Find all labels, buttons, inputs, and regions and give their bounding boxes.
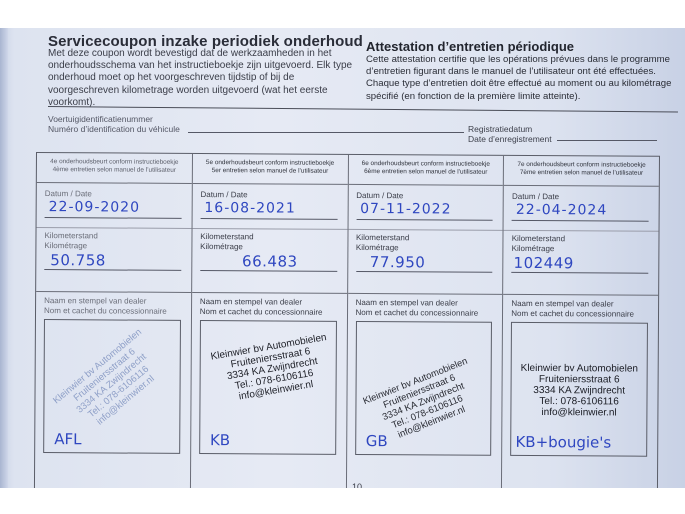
mileage-field-line [512,272,649,274]
service-heading: 6e onderhoudsbeurt conform instructieboe… [348,155,503,186]
vehicle-id-label: Voertuigidentificatienummer Numéro d’ide… [48,114,180,134]
stamp-company: Kleinwier bv Automobielen [521,363,638,375]
service-date: 16-08-2021 [204,200,295,217]
date-field-line [45,217,182,219]
divider [504,230,659,232]
service-heading-fr: 5er entretien selon manuel de l’utilisat… [193,167,348,176]
dealer-label-fr: Nom et cachet du concessionnaire [511,309,634,320]
divider [348,229,503,231]
date-label: Datum / Date [356,191,403,201]
dealer-signature: KB [210,431,230,449]
service-column-6: 6e onderhoudsbeurt conform instructieboe… [346,155,504,488]
dealer-label-fr: Nom et cachet du concessionnaire [200,307,323,318]
divider [36,291,191,293]
date-field-line [200,218,337,220]
registration-date-field[interactable] [557,140,657,141]
registration-date-label-fr: Date d’enregistrement [468,134,552,144]
mileage-field-line [200,270,337,272]
intro-french: Cette attestation certifie que les opéra… [366,54,676,103]
date-field-line [356,219,493,221]
divider [37,227,192,229]
mileage-field-line [356,271,493,273]
dealer-label: Naam en stempel van dealer Nom et cachet… [44,296,167,317]
service-record-grid: 4e onderhoudsbeurt conform instructieboe… [34,152,660,488]
dealer-stamp-box: Kleinwier bv Automobielen Fruiteniersstr… [510,322,648,457]
dealer-label: Naam en stempel van dealer Nom et cachet… [200,297,323,318]
divider [192,228,347,230]
dealer-stamp: Kleinwier bv Automobielen Fruiteniersstr… [210,332,335,406]
mileage-label-fr: Kilométrage [44,241,97,251]
dealer-signature: KB+bougie's [515,433,611,452]
service-heading: 4e onderhoudsbeurt conform instructieboe… [37,153,192,184]
registration-date-label: Registratiedatum Date d’enregistrement [468,124,552,144]
service-mileage: 77.950 [370,253,426,271]
service-heading-fr: 6ème entretien selon manuel de l’utilisa… [348,168,503,177]
mileage-label-fr: Kilométrage [200,242,253,252]
service-date: 22-09-2020 [49,199,140,216]
service-heading-fr: 4ème entretien selon manuel de l’utilisa… [37,166,192,175]
mileage-label: Kilometerstand Kilométrage [512,234,565,254]
mileage-label-fr: Kilométrage [356,243,409,253]
service-mileage: 66.483 [242,252,298,270]
service-mileage: 102449 [514,254,574,272]
mileage-label-nl: Kilometerstand [200,232,253,242]
divider [503,294,658,296]
mileage-label-nl: Kilometerstand [44,231,97,241]
dealer-signature: AFL [54,430,81,448]
service-heading-fr: 7ème entretien selon manuel de l’utilisa… [504,169,659,178]
divider [192,292,347,294]
stamp-city: 3334 KA Zwijndrecht [520,385,637,397]
stamp-email: info@kleinwier.nl [520,407,637,419]
service-column-5: 5e onderhoudsbeurt conform instructieboe… [191,154,349,488]
dealer-stamp: Kleinwier bv Automobielen Fruiteniersstr… [520,363,638,419]
dealer-stamp: Kleinwier bv Automobielen Fruiteniersstr… [52,327,173,440]
service-heading: 7e onderhoudsbeurt conform instructieboe… [504,156,659,187]
dealer-label: Naam en stempel van dealer Nom et cachet… [355,298,478,319]
service-booklet-page: Servicecoupon inzake periodiek onderhoud… [0,28,685,488]
service-column-4: 4e onderhoudsbeurt conform instructieboe… [35,153,193,488]
dealer-stamp-box: Kleinwier bv Automobielen Fruiteniersstr… [199,320,337,455]
page-number: 10 [352,482,362,488]
service-date: 07-11-2022 [360,201,451,218]
vehicle-id-label-nl: Voertuigidentificatienummer [48,114,180,124]
mileage-field-line [44,269,181,271]
title-french: Attestation d’entretien périodique [366,39,574,54]
mileage-label-nl: Kilometerstand [512,234,565,244]
divider [48,106,678,112]
mileage-label: Kilometerstand Kilométrage [44,231,97,251]
divider [348,293,503,295]
mileage-label-fr: Kilométrage [512,244,565,254]
stamp-phone: Tel.: 078-6106116 [520,396,637,408]
service-date: 22-04-2024 [516,202,607,219]
date-label: Datum / Date [200,190,247,200]
mileage-label: Kilometerstand Kilométrage [200,232,253,252]
stamp-street: Fruiteniersstraat 6 [521,374,638,386]
service-heading: 5e onderhoudsbeurt conform instructieboe… [193,154,348,185]
dealer-label-fr: Nom et cachet du concessionnaire [44,306,167,317]
dealer-stamp-box: Kleinwier bv Automobielen Fruiteniersstr… [355,321,493,456]
dealer-label: Naam en stempel van dealer Nom et cachet… [511,299,634,320]
vehicle-id-field[interactable] [188,132,464,133]
intro-dutch: Met deze coupon wordt bevestigd dat de w… [48,48,358,109]
mileage-label-nl: Kilometerstand [356,233,409,243]
mileage-label: Kilometerstand Kilométrage [356,233,409,253]
vehicle-id-label-fr: Numéro d’identification du véhicule [48,124,180,134]
dealer-signature: GB [366,432,388,450]
registration-date-label-nl: Registratiedatum [468,124,552,134]
service-mileage: 50.758 [50,251,106,269]
page-binding [0,28,8,488]
date-label: Datum / Date [512,192,559,202]
dealer-label-fr: Nom et cachet du concessionnaire [355,308,478,319]
date-field-line [512,220,649,222]
date-label: Datum / Date [45,189,92,199]
dealer-stamp-box: Kleinwier bv Automobielen Fruiteniersstr… [43,319,181,454]
service-column-7: 7e onderhoudsbeurt conform instructieboe… [502,156,659,488]
